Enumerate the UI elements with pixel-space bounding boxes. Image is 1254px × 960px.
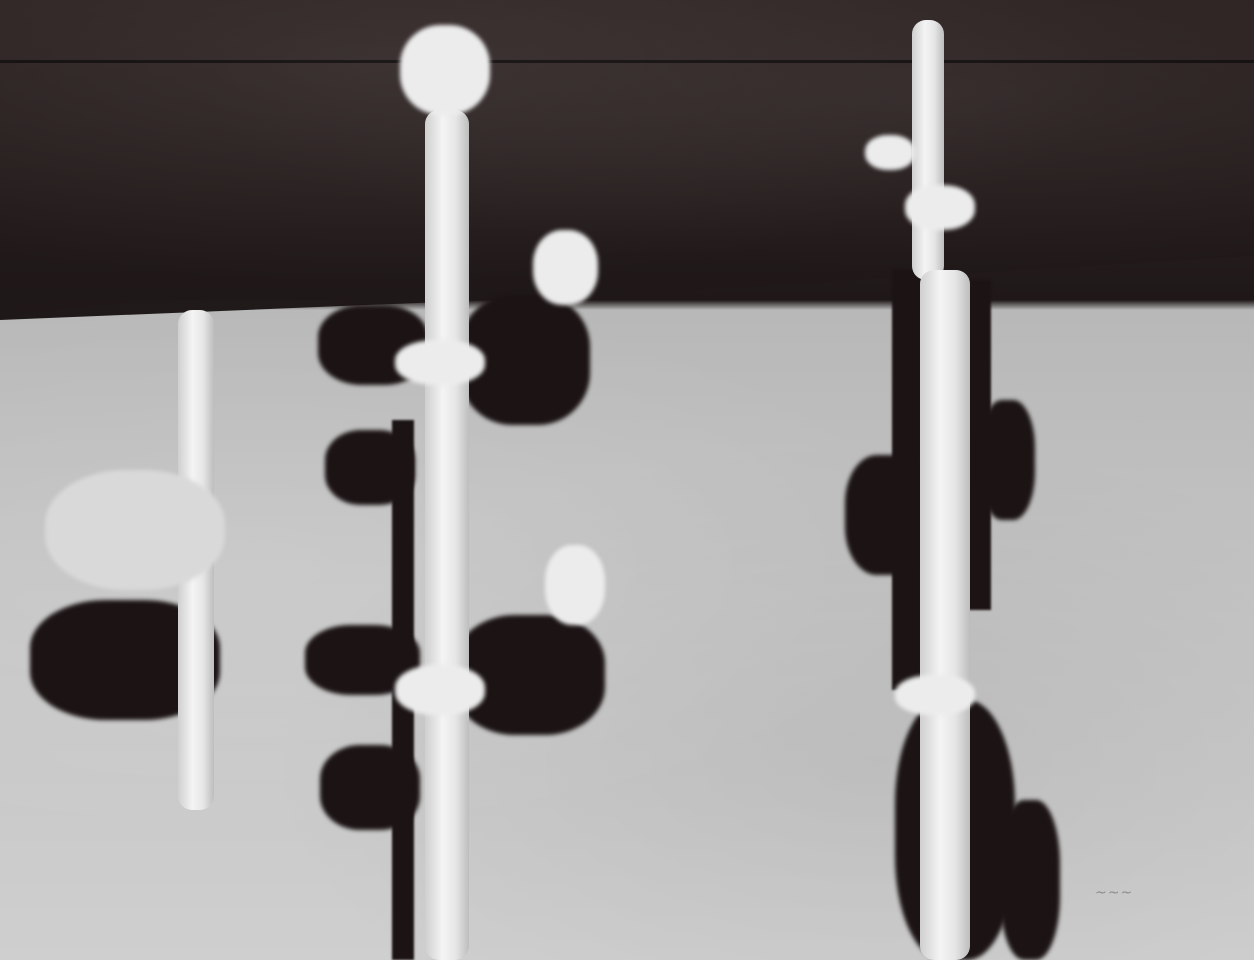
- shadow-shape: [1000, 800, 1060, 960]
- attached-shape: [895, 675, 975, 715]
- attached-shape: [395, 665, 485, 715]
- right-pole-upper: [912, 20, 944, 280]
- attached-shape: [545, 545, 605, 625]
- center-pole: [425, 110, 469, 960]
- dark-backdrop: [0, 0, 1254, 320]
- attached-shape: [395, 340, 485, 385]
- signature: ~~~: [1095, 885, 1133, 901]
- shadow-shape: [845, 455, 925, 575]
- attached-shape: [533, 230, 598, 305]
- backdrop-line: [0, 60, 1254, 63]
- shadow-shape: [325, 430, 415, 505]
- attached-shape: [865, 135, 915, 170]
- shadow-shape: [980, 400, 1035, 520]
- photograph: ~~~: [0, 0, 1254, 960]
- right-pole: [920, 270, 970, 960]
- center-pole-top: [400, 25, 490, 115]
- shadow-shape: [320, 745, 420, 830]
- sphere: [45, 470, 225, 590]
- attached-shape: [905, 185, 975, 230]
